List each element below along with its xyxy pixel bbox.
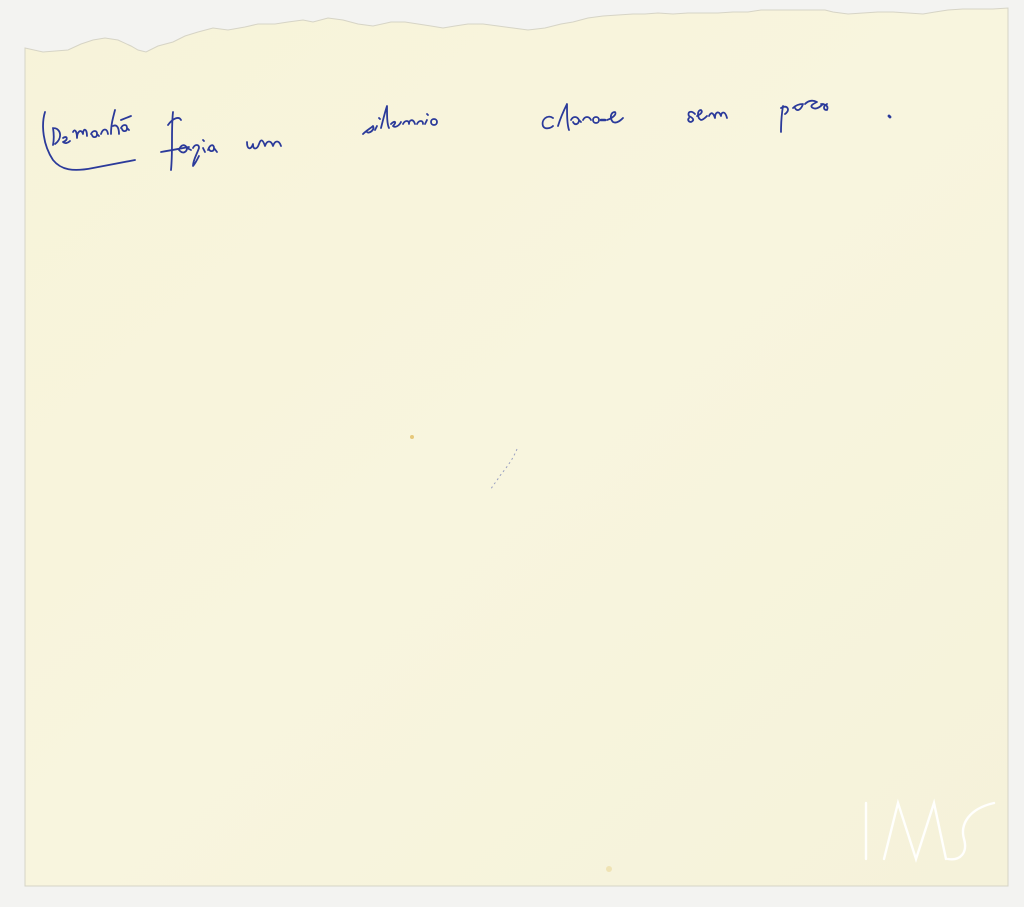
word-claro	[543, 104, 605, 130]
handwritten-line	[13, 0, 1011, 200]
pencil-mark	[483, 445, 523, 495]
word-um	[247, 140, 281, 148]
ims-watermark-logo	[856, 795, 1006, 865]
paper-stain	[606, 866, 612, 872]
word-sem	[688, 110, 727, 122]
word-silencio	[363, 106, 437, 134]
paper-sheet: De manhã Fazia um silencio claro e sem p…	[13, 0, 1011, 889]
margin-note-de-manha	[53, 110, 131, 145]
paper-stain	[410, 435, 414, 439]
scanned-document: De manhã Fazia um silencio claro e sem p…	[0, 0, 1024, 907]
word-fazia	[161, 112, 217, 170]
word-peso	[781, 101, 890, 132]
word-e	[607, 112, 623, 123]
